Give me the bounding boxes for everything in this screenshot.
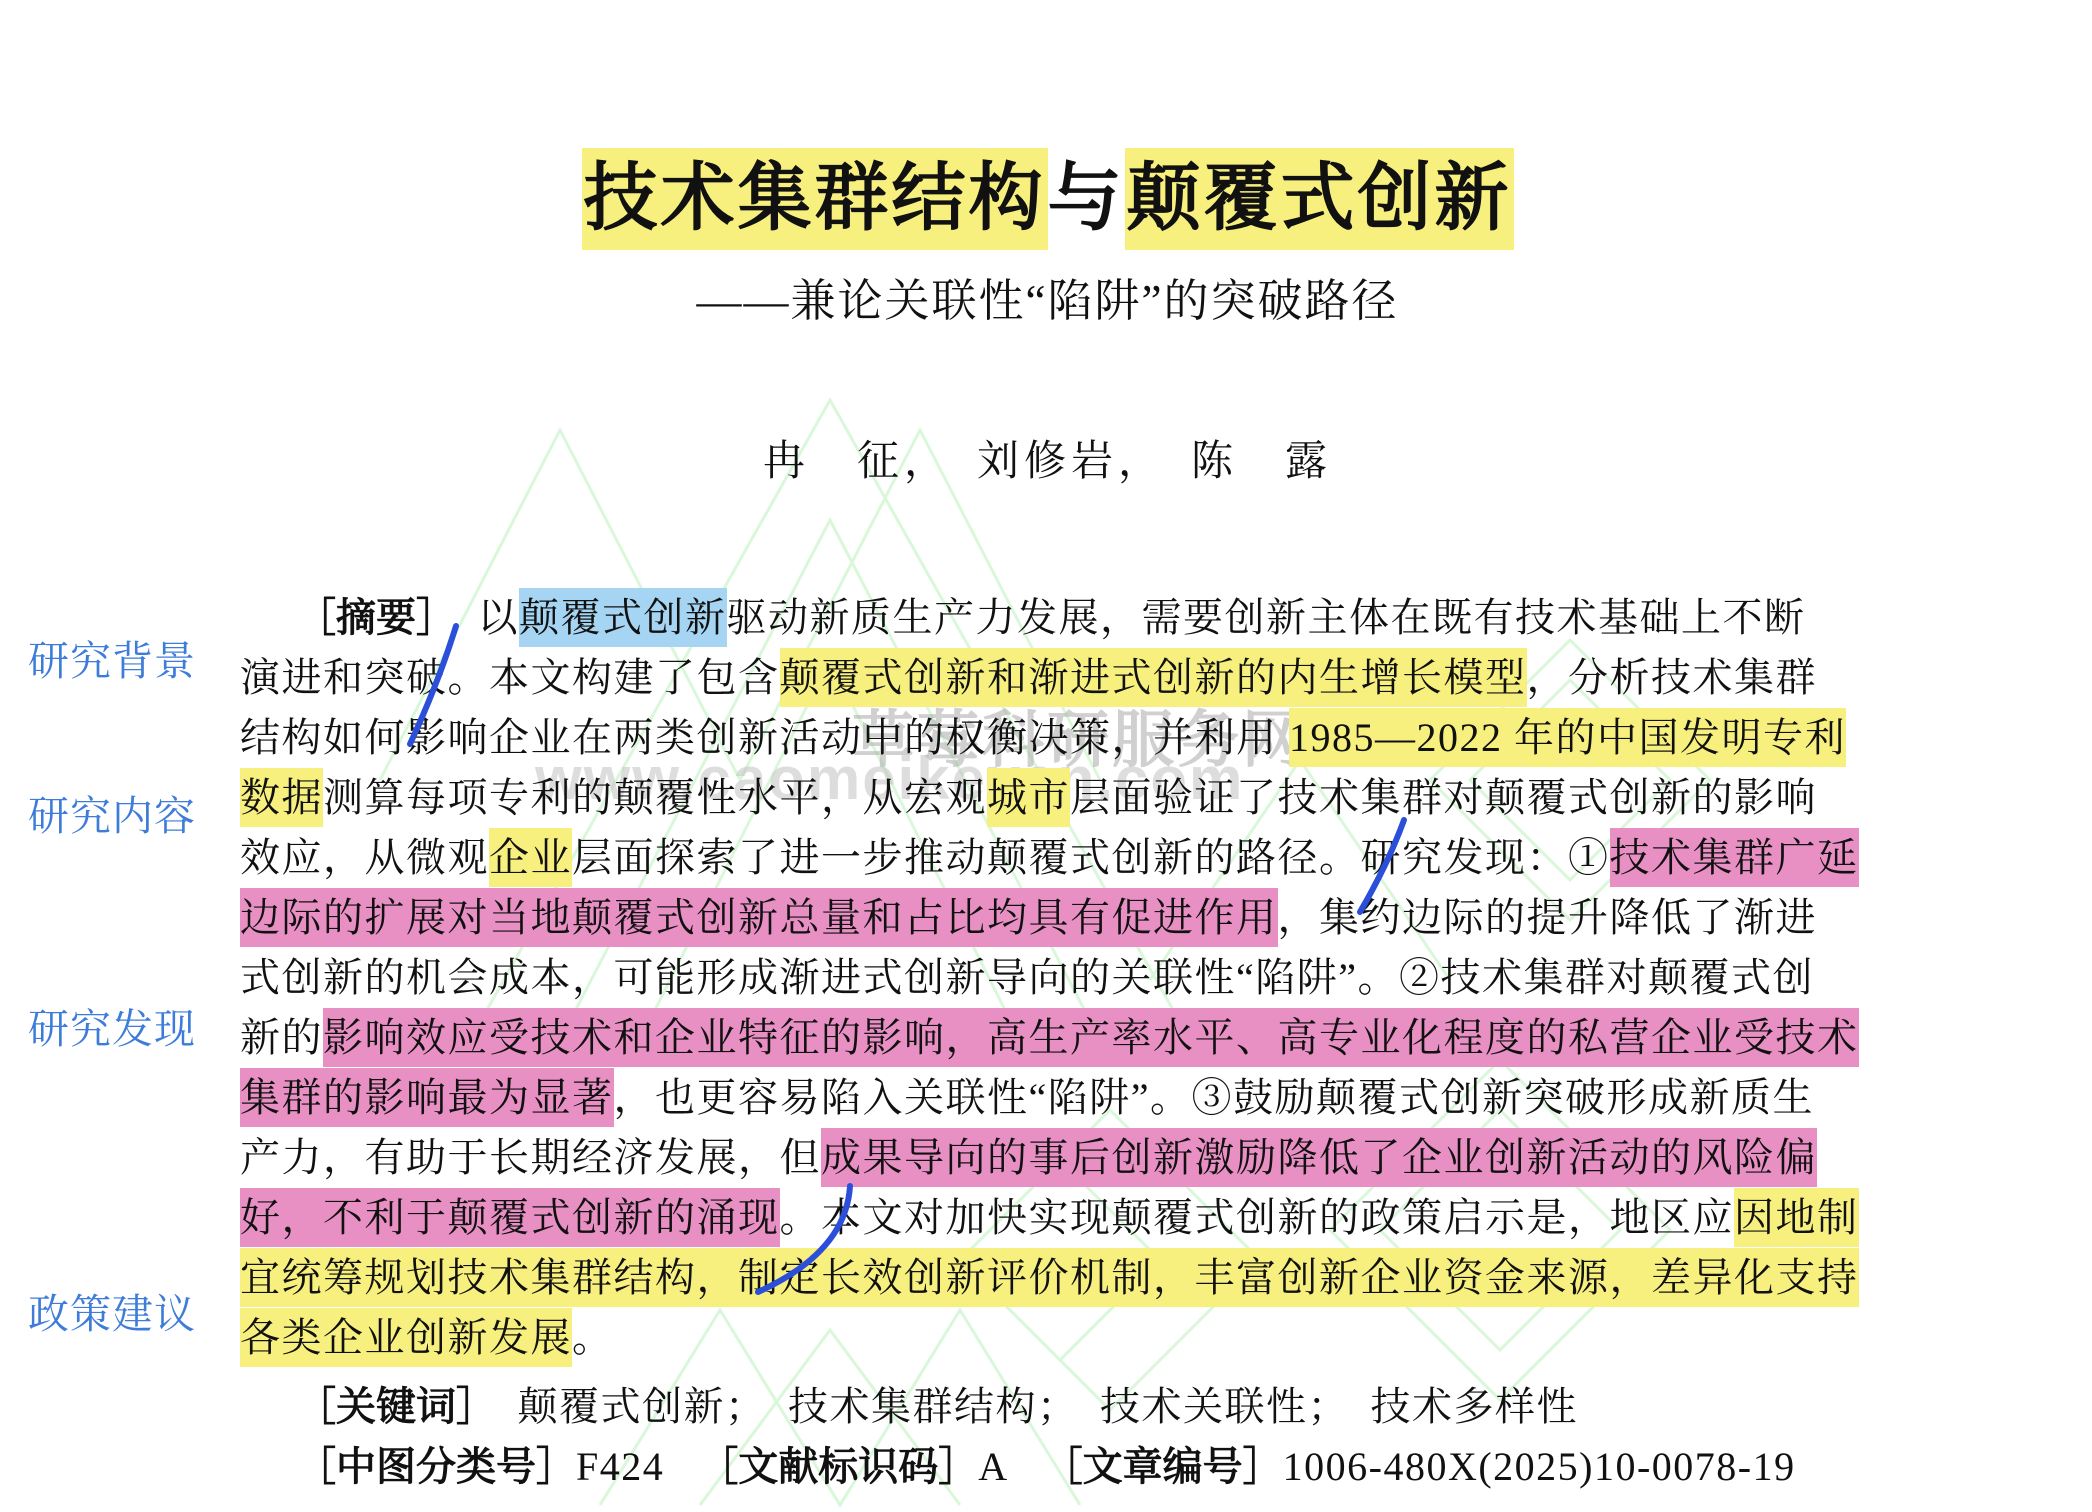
classification-item: ［文章编号］1006-480X(2025)10-0078-19 [1043, 1444, 1796, 1489]
keywords-text: 颠覆式创新； 技术集群结构； 技术关联性； 技术多样性 [476, 1384, 1578, 1429]
classification-line: ［中图分类号］F424［文献标识码］A［文章编号］1006-480X(2025)… [296, 1438, 1830, 1496]
highlighted-text: 颠覆式创新 [519, 588, 727, 647]
margin-label: 研究内容 [28, 783, 196, 842]
highlighted-text: 成果导向的事后创新激励降低了企业创新活动的风险偏 [821, 1128, 1817, 1187]
classification-label: ［中图分类号］ [296, 1445, 576, 1489]
highlighted-text: 1985—2022 年的中国发明专利 [1289, 708, 1846, 767]
highlighted-text: 因地制 [1734, 1188, 1859, 1247]
classification-label: ［文章编号］ [1043, 1445, 1283, 1489]
highlighted-text: 企业 [489, 828, 572, 887]
highlighted-text: 颠覆式创新和渐进式创新的内生增长模型 [780, 648, 1527, 707]
classification-label: ［文献标识码］ [698, 1445, 978, 1489]
abstract-line: 演进和突破。本文构建了包含颠覆式创新和渐进式创新的内生增长模型，分析技术集群 [240, 648, 1855, 708]
abstract-line: 结构如何影响企业在两类创新活动中的权衡决策，并利用 1985—2022 年的中国… [240, 708, 1855, 768]
abstract-text: 以 [436, 588, 519, 647]
title-segment: 颠覆式创新 [1125, 148, 1514, 250]
abstract-line: 产力，有助于长期经济发展，但成果导向的事后创新激励降低了企业创新活动的风险偏 [240, 1128, 1855, 1188]
abstract-line: 效应，从微观企业层面探索了进一步推动颠覆式创新的路径。研究发现：①技术集群广延 [240, 828, 1855, 888]
abstract-text: 效应，从微观 [240, 828, 489, 887]
highlighted-text: 影响效应受技术和企业特征的影响，高生产率水平、高专业化程度的私营企业受技术 [323, 1008, 1859, 1067]
highlighted-text: 宜统筹规划技术集群结构，制定长效创新评价机制，丰富创新企业资金来源，差异化支持 [240, 1248, 1859, 1307]
title-segment: 技术集群结构 [582, 148, 1048, 250]
highlighted-text: 好，不利于颠覆式创新的涌现 [240, 1188, 780, 1247]
margin-label: 研究发现 [28, 996, 196, 1055]
abstract-text: 产力，有助于长期经济发展，但 [240, 1128, 821, 1187]
abstract-text: ，分析技术集群 [1527, 648, 1818, 707]
abstract-line: ［摘要］ 以颠覆式创新驱动新质生产力发展，需要创新主体在既有技术基础上不断 [240, 588, 1855, 648]
abstract-line: 新的影响效应受技术和企业特征的影响，高生产率水平、高专业化程度的私营企业受技术 [240, 1008, 1855, 1068]
abstract-line: 各类企业创新发展。 [240, 1308, 1855, 1368]
abstract-line: 边际的扩展对当地颠覆式创新总量和占比均具有促进作用，集约边际的提升降低了渐进 [240, 888, 1855, 948]
abstract-text: 。 [572, 1308, 614, 1367]
margin-label: 政策建议 [28, 1281, 196, 1340]
abstract-text: ［摘要］ [296, 589, 436, 647]
abstract-text: ，集约边际的提升降低了渐进 [1278, 888, 1818, 947]
abstract-text: ，也更容易陷入关联性“陷阱”。③鼓励颠覆式创新突破形成新质生 [614, 1068, 1815, 1127]
classification-value: 1006-480X(2025)10-0078-19 [1283, 1444, 1796, 1489]
abstract-line: 集群的影响最为显著，也更容易陷入关联性“陷阱”。③鼓励颠覆式创新突破形成新质生 [240, 1068, 1855, 1128]
authors-line: 冉 征， 刘修岩， 陈 露 [240, 428, 1855, 488]
margin-label: 研究背景 [28, 628, 196, 687]
highlighted-text: 技术集群广延 [1610, 828, 1859, 887]
highlighted-text: 集群的影响最为显著 [240, 1068, 614, 1127]
abstract-text: 新的 [240, 1008, 323, 1067]
paper-title: 技术集群结构与颠覆式创新 [240, 150, 1855, 250]
highlighted-text: 边际的扩展对当地颠覆式创新总量和占比均具有促进作用 [240, 888, 1278, 947]
keywords-label: ［关键词］ [296, 1385, 476, 1429]
abstract-line: 数据测算每项专利的颠覆性水平，从宏观城市层面验证了技术集群对颠覆式创新的影响 [240, 768, 1855, 828]
title-segment: 与 [1048, 158, 1125, 240]
abstract-line: 式创新的机会成本，可能形成渐进式创新导向的关联性“陷阱”。②技术集群对颠覆式创 [240, 948, 1855, 1008]
highlighted-text: 各类企业创新发展 [240, 1308, 572, 1367]
highlighted-text: 数据 [240, 768, 323, 827]
abstract-text: 层面探索了进一步推动颠覆式创新的路径。研究发现：① [572, 828, 1610, 887]
abstract-text: 式创新的机会成本，可能形成渐进式创新导向的关联性“陷阱”。②技术集群对颠覆式创 [240, 948, 1814, 1007]
paper-subtitle: ——兼论关联性“陷阱”的突破路径 [240, 264, 1855, 329]
abstract-block: ［摘要］ 以颠覆式创新驱动新质生产力发展，需要创新主体在既有技术基础上不断演进和… [240, 588, 1855, 1368]
abstract-text: 测算每项专利的颠覆性水平，从宏观 [323, 768, 987, 827]
highlighted-text: 城市 [987, 768, 1070, 827]
classification-item: ［文献标识码］A [698, 1444, 1008, 1489]
abstract-text: 层面验证了技术集群对颠覆式创新的影响 [1070, 768, 1817, 827]
keywords-line: ［关键词］ 颠覆式创新； 技术集群结构； 技术关联性； 技术多样性 [296, 1378, 1578, 1436]
classification-value: A [978, 1444, 1008, 1489]
classification-value: F424 [576, 1444, 664, 1489]
title-block: 技术集群结构与颠覆式创新 ——兼论关联性“陷阱”的突破路径 [240, 150, 1855, 329]
abstract-line: 宜统筹规划技术集群结构，制定长效创新评价机制，丰富创新企业资金来源，差异化支持 [240, 1248, 1855, 1308]
abstract-text: 驱动新质生产力发展，需要创新主体在既有技术基础上不断 [727, 588, 1806, 647]
abstract-text: 。本文对加快实现颠覆式创新的政策启示是，地区应 [780, 1188, 1735, 1247]
abstract-line: 好，不利于颠覆式创新的涌现。本文对加快实现颠覆式创新的政策启示是，地区应因地制 [240, 1188, 1855, 1248]
classification-item: ［中图分类号］F424 [296, 1444, 664, 1489]
abstract-text: 演进和突破。本文构建了包含 [240, 648, 780, 707]
abstract-text: 结构如何影响企业在两类创新活动中的权衡决策，并利用 [240, 708, 1289, 767]
